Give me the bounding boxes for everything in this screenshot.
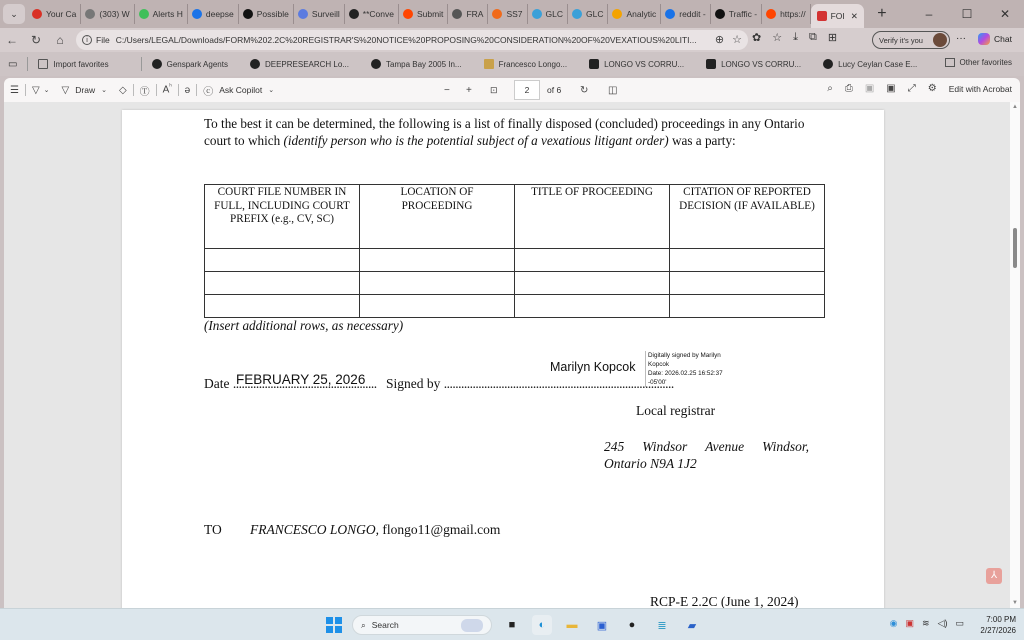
digital-signature-line: -05'00' <box>648 378 745 387</box>
draw-button[interactable]: Draw <box>75 85 95 95</box>
address-input[interactable]: i File C:/Users/LEGAL/Downloads/FORM%202… <box>76 30 748 50</box>
tab-label: GLC <box>546 9 563 19</box>
scheme-label: File <box>96 35 110 45</box>
defender-icon[interactable]: ◉ <box>890 618 898 629</box>
table-cell[interactable] <box>205 249 360 272</box>
print-icon[interactable]: ⎙ <box>845 83 853 94</box>
bird-icon <box>298 9 308 19</box>
table-cell[interactable] <box>515 249 670 272</box>
sidebar-toggle-icon[interactable]: ▭ <box>8 59 17 70</box>
profile-icon <box>85 9 95 19</box>
table-cell[interactable] <box>515 295 670 318</box>
search-icon <box>665 9 675 19</box>
powershell-icon[interactable]: ▰ <box>682 615 702 635</box>
digital-signature-line: Digitally signed by Marilyn <box>648 351 745 360</box>
tab-label: FOI <box>831 11 845 21</box>
address-line-2: Ontario N9A 1J2 <box>604 455 809 472</box>
browser-window: ⌄ Your Ca(303) WAlerts HdeepsePossibleSu… <box>0 0 1024 608</box>
tab-label: Traffic - <box>729 9 757 19</box>
tab-label: Alerts H <box>153 9 183 19</box>
save-as-icon[interactable]: ▣ <box>886 83 895 94</box>
table-cell[interactable] <box>670 295 825 318</box>
favorite-label: Lucy Ceylan Case E... <box>838 60 917 69</box>
tab-label: Submit <box>417 9 443 19</box>
table-cell[interactable] <box>360 272 515 295</box>
digital-signature-line: Kopcok <box>648 360 745 369</box>
system-tray: ◉ ▣ ≋ ◁) ▭ <box>890 618 964 629</box>
address-word: Windsor <box>642 438 687 455</box>
read-aloud-icon[interactable]: Aʰ <box>163 84 172 95</box>
refresh-button[interactable]: ↻ <box>24 33 48 47</box>
globe-icon <box>452 9 462 19</box>
scrollbar-thumb[interactable] <box>1013 228 1017 268</box>
digital-signature-line: Date: 2026.02.25 16:52:37 <box>648 369 745 378</box>
browser-tab[interactable]: deepse <box>188 4 239 24</box>
page-view-icon[interactable]: ◫ <box>608 85 617 96</box>
home-button[interactable]: ⌂ <box>48 33 72 47</box>
table-header: CITATION OF REPORTED DECISION (IF AVAILA… <box>670 185 825 249</box>
registrar-address: 245 Windsor Avenue Windsor, Ontario N9A … <box>604 438 809 472</box>
insert-rows-note: (Insert additional rows, as necessary) <box>204 318 403 334</box>
zoom-in-button[interactable]: + <box>466 85 472 96</box>
to-label: TO <box>204 522 222 538</box>
divider <box>27 57 28 71</box>
table-cell[interactable] <box>515 272 670 295</box>
verify-label: Verify it's you <box>879 36 923 45</box>
browser-tab[interactable]: Surveill <box>294 4 345 24</box>
maximize-button[interactable]: ☐ <box>948 7 986 21</box>
intro-italic: (identify person who is the potential su… <box>283 133 668 148</box>
signed-by-label: Signed by <box>386 376 440 391</box>
browser-tab[interactable]: FRA <box>448 4 488 24</box>
favorite-item[interactable]: DEEPRESEARCH Lo... <box>250 59 349 69</box>
app-icon <box>589 59 599 69</box>
favorite-item[interactable]: LONGO VS CORRU... <box>589 59 684 69</box>
chevron-down-icon[interactable]: ⌄ <box>44 86 50 94</box>
browser-tab[interactable]: GLC <box>528 4 568 24</box>
copilot-chat-button[interactable]: Chat <box>978 33 1012 45</box>
intro-paragraph: To the best it can be determined, the fo… <box>204 116 824 149</box>
divider <box>25 84 26 96</box>
address-word: Windsor, <box>762 438 809 455</box>
chat-icon <box>349 9 359 19</box>
folder-icon <box>38 59 48 69</box>
browser-tab[interactable]: https:// <box>762 4 811 24</box>
github-icon <box>715 9 725 19</box>
chevron-down-icon[interactable]: ⌄ <box>101 86 107 94</box>
zoom-out-button[interactable]: − <box>444 85 450 96</box>
globe-icon <box>532 9 542 19</box>
browser-tab[interactable]: Submit <box>399 4 448 24</box>
pdf-toolbar: ☰ ▽ ⌄ ▽ Draw ⌄ ◇ Ⓣ Aʰ ə ⓒ Ask Copilot ⌄ … <box>4 78 1020 102</box>
chat-label: Chat <box>994 34 1012 44</box>
intro-end: was a party: <box>669 133 736 148</box>
search-icon <box>192 9 202 19</box>
recipient: FRANCESCO LONGO, flongo11@gmail.com <box>250 522 500 538</box>
globe-icon <box>572 9 582 19</box>
wifi-icon[interactable]: ≋ <box>922 618 930 629</box>
date-field[interactable]: FEBRUARY 25, 2026 <box>236 372 365 387</box>
gmail-icon <box>32 9 42 19</box>
clock-date: 2/27/2026 <box>980 625 1016 636</box>
tab-label: SS7 <box>506 9 522 19</box>
bot-icon <box>371 59 381 69</box>
window-controls: – ☐ ✕ <box>910 0 1024 28</box>
copilot-icon <box>978 33 990 45</box>
download-icon[interactable]: ⤓ <box>793 31 798 44</box>
search-highlight-icon <box>461 619 483 632</box>
browser-toolbar: ✿ ☆ ⤓ ⧉ ⊞ <box>752 31 837 44</box>
bot-icon <box>823 59 833 69</box>
start-button[interactable] <box>326 617 342 633</box>
tab-label: deepse <box>206 9 234 19</box>
browser-tab[interactable]: **Conve <box>345 4 399 24</box>
eraser-icon[interactable]: ◇ <box>119 85 127 96</box>
table-cell[interactable] <box>205 272 360 295</box>
battery-icon[interactable]: ▭ <box>955 618 964 629</box>
browser-tab[interactable]: SS7 <box>488 4 527 24</box>
address-word: Avenue <box>705 438 744 455</box>
table-cell[interactable] <box>205 295 360 318</box>
scroll-down-icon[interactable]: ▼ <box>1012 600 1018 606</box>
analytics-icon <box>612 9 622 19</box>
tab-label: **Conve <box>363 9 394 19</box>
zoom-icon[interactable]: ⊕ <box>715 33 724 46</box>
taskbar-search[interactable]: ⌕ Search <box>352 615 492 635</box>
collections-icon[interactable]: ⊞ <box>828 31 837 44</box>
alerts-icon <box>139 9 149 19</box>
more-menu-button[interactable]: ··· <box>956 33 966 44</box>
search-icon: ⌕ <box>361 620 366 631</box>
favorite-item[interactable]: Lucy Ceylan Case E... <box>823 59 917 69</box>
browser-tab[interactable]: GLC <box>568 4 608 24</box>
search-label: Search <box>372 620 399 630</box>
favorite-item[interactable]: LONGO VS CORRU... <box>706 59 801 69</box>
obs-icon[interactable]: ● <box>622 615 642 635</box>
new-tab-button[interactable]: + <box>870 5 894 23</box>
draw-icon[interactable]: ▽ <box>62 85 70 96</box>
edge-icon[interactable]: ◐ <box>532 615 552 635</box>
folder-icon <box>945 58 955 67</box>
edit-with-acrobat-button[interactable]: Edit with Acrobat <box>949 84 1012 94</box>
address-word: 245 <box>604 438 624 455</box>
pdf-viewer[interactable]: To the best it can be determined, the fo… <box>4 102 1020 608</box>
tab-label: GLC <box>586 9 603 19</box>
taskbar: ⌕ Search ■ ◐ ▬ ▣ ● ≣ ▰ ◉ ▣ ≋ ◁) ▭ 7:00 P… <box>0 608 1024 640</box>
other-favorites-label: Other favorites <box>960 58 1012 67</box>
favorite-label: Import favorites <box>53 60 108 69</box>
close-window-button[interactable]: ✕ <box>986 7 1024 21</box>
browser-tab[interactable]: Your Ca <box>28 4 81 24</box>
favorite-item[interactable]: Genspark Agents <box>152 59 228 69</box>
date-label: Date <box>204 376 229 391</box>
back-button[interactable]: ← <box>0 33 24 47</box>
form-footer: RCP-E 2.2C (June 1, 2024) <box>650 594 799 608</box>
pdf-page: To the best it can be determined, the fo… <box>122 110 884 608</box>
favorite-item[interactable]: Import favorites <box>38 59 108 69</box>
digital-signature[interactable]: Digitally signed by Marilyn Kopcok Date:… <box>645 351 745 387</box>
task-view-icon[interactable]: ■ <box>502 615 522 635</box>
tab-label: (303) W <box>99 9 129 19</box>
avatar <box>933 33 947 47</box>
text-box-icon[interactable]: Ⓣ <box>140 83 150 98</box>
tab-label: FRA <box>466 9 483 19</box>
acrobat-icon[interactable]: ⅄ <box>986 568 1002 584</box>
tab-label: reddit - <box>679 9 705 19</box>
favorite-label: LONGO VS CORRU... <box>604 60 684 69</box>
star-icon[interactable]: ☆ <box>732 33 742 46</box>
browser-tab[interactable]: reddit - <box>661 4 710 24</box>
favorites-icon[interactable]: ☆ <box>772 31 782 44</box>
favorite-item[interactable]: Tampa Bay 2005 In... <box>371 59 462 69</box>
tab-label: Possible <box>257 9 289 19</box>
highlight-icon[interactable]: ▽ <box>32 85 40 96</box>
table-row <box>205 272 825 295</box>
translate-icon[interactable]: ə <box>185 85 191 96</box>
browser-tab[interactable]: Analytic <box>608 4 661 24</box>
recipient-name: FRANCESCO LONGO, <box>250 522 379 537</box>
url-text: C:/Users/LEGAL/Downloads/FORM%202.2C%20R… <box>116 35 697 45</box>
volume-icon[interactable]: ◁) <box>938 618 948 629</box>
other-favorites[interactable]: Other favorites <box>945 58 1012 67</box>
contents-icon[interactable]: ☰ <box>10 85 19 96</box>
table-cell[interactable] <box>670 249 825 272</box>
favorite-item[interactable]: Francesco Longo... <box>484 59 567 69</box>
verify-profile-button[interactable]: Verify it's you <box>872 31 950 49</box>
search-icon[interactable]: ⌕ <box>827 83 833 94</box>
browser-tab[interactable]: Traffic - <box>711 4 762 24</box>
app-icon <box>243 9 253 19</box>
divider <box>196 84 197 96</box>
favorite-label: DEEPRESEARCH Lo... <box>265 60 349 69</box>
store-icon[interactable]: ▣ <box>592 615 612 635</box>
favorite-label: Tampa Bay 2005 In... <box>386 60 462 69</box>
favorites-bar: ▭ Import favoritesGenspark AgentsDEEPRES… <box>0 52 1024 76</box>
ask-copilot-button[interactable]: Ask Copilot <box>219 85 262 95</box>
screenshot-icon[interactable]: ⧉ <box>809 31 817 44</box>
tab-label: Analytic <box>626 9 656 19</box>
table-cell[interactable] <box>360 295 515 318</box>
antivirus-icon[interactable]: ▣ <box>906 618 915 629</box>
tab-actions-menu[interactable]: ⌄ <box>3 4 25 24</box>
table-row <box>205 249 825 272</box>
favorite-label: LONGO VS CORRU... <box>721 60 801 69</box>
registrar-label: Local registrar <box>636 403 715 419</box>
chevron-down-icon: ⌄ <box>10 9 18 20</box>
signed-dots: ........................................… <box>444 376 674 391</box>
chevron-down-icon[interactable]: ⌄ <box>268 86 274 94</box>
reddit-icon <box>766 9 776 19</box>
vertical-scrollbar[interactable]: ▲ ▼ <box>1010 102 1020 608</box>
bot-icon <box>152 59 162 69</box>
minimize-button[interactable]: – <box>910 7 948 21</box>
pdf-icon <box>817 11 827 21</box>
copilot-icon[interactable]: ⓒ <box>203 83 213 98</box>
divider <box>141 57 142 71</box>
app-icon <box>706 59 716 69</box>
fit-page-icon[interactable]: ⊡ <box>490 85 498 96</box>
fullscreen-icon[interactable]: ⤢ <box>908 83 916 94</box>
divider <box>133 84 134 96</box>
save-icon[interactable]: ▣ <box>865 83 874 94</box>
clock[interactable]: 7:00 PM 2/27/2026 <box>980 614 1016 636</box>
divider <box>156 84 157 96</box>
favorite-label: Francesco Longo... <box>499 60 567 69</box>
settings-icon[interactable]: ⚙ <box>928 83 937 94</box>
bot-icon <box>250 59 260 69</box>
table-header: TITLE OF PROCEEDING <box>515 185 670 249</box>
close-tab-icon[interactable]: ✕ <box>851 11 858 22</box>
browser-tab[interactable]: Possible <box>239 4 294 24</box>
signer-name[interactable]: Marilyn Kopcok <box>550 360 635 374</box>
browser-tab[interactable]: Alerts H <box>135 4 188 24</box>
tab-strip: ⌄ Your Ca(303) WAlerts HdeepsePossibleSu… <box>0 0 1024 28</box>
table-row <box>205 295 825 318</box>
rotate-icon[interactable]: ↻ <box>580 85 588 96</box>
divider <box>178 84 179 96</box>
fire-icon <box>492 9 502 19</box>
table-header: LOCATION OF PROCEEDING <box>360 185 515 249</box>
scroll-up-icon[interactable]: ▲ <box>1012 104 1018 110</box>
page-count: of 6 <box>547 85 561 95</box>
image-icon <box>484 59 494 69</box>
reddit-icon <box>403 9 413 19</box>
table-cell[interactable] <box>670 272 825 295</box>
browser-tab[interactable]: (303) W <box>81 4 134 24</box>
pdf-toolbar-right: ⌕ ⎙ ▣ ▣ ⤢ ⚙ Edit with Acrobat <box>827 83 1012 94</box>
proceedings-table: COURT FILE NUMBER IN FULL, INCLUDING COU… <box>204 184 825 318</box>
extensions-icon[interactable]: ✿ <box>752 31 761 44</box>
notepad-icon[interactable]: ≣ <box>652 615 672 635</box>
favorite-label: Genspark Agents <box>167 60 228 69</box>
table-header: COURT FILE NUMBER IN FULL, INCLUDING COU… <box>205 185 360 249</box>
clock-time: 7:00 PM <box>980 614 1016 625</box>
tab-label: https:// <box>780 9 806 19</box>
recipient-email: flongo11@gmail.com <box>379 522 500 537</box>
tab-label: Your Ca <box>46 9 76 19</box>
tab-label: Surveill <box>312 9 340 19</box>
info-icon[interactable]: i <box>82 35 92 45</box>
page-number-input[interactable]: 2 <box>514 80 540 100</box>
address-bar-row: ← ↻ ⌂ i File C:/Users/LEGAL/Downloads/FO… <box>0 28 1024 52</box>
browser-tab[interactable]: FOI✕ <box>811 4 864 28</box>
table-cell[interactable] <box>360 249 515 272</box>
file-explorer-icon[interactable]: ▬ <box>562 615 582 635</box>
